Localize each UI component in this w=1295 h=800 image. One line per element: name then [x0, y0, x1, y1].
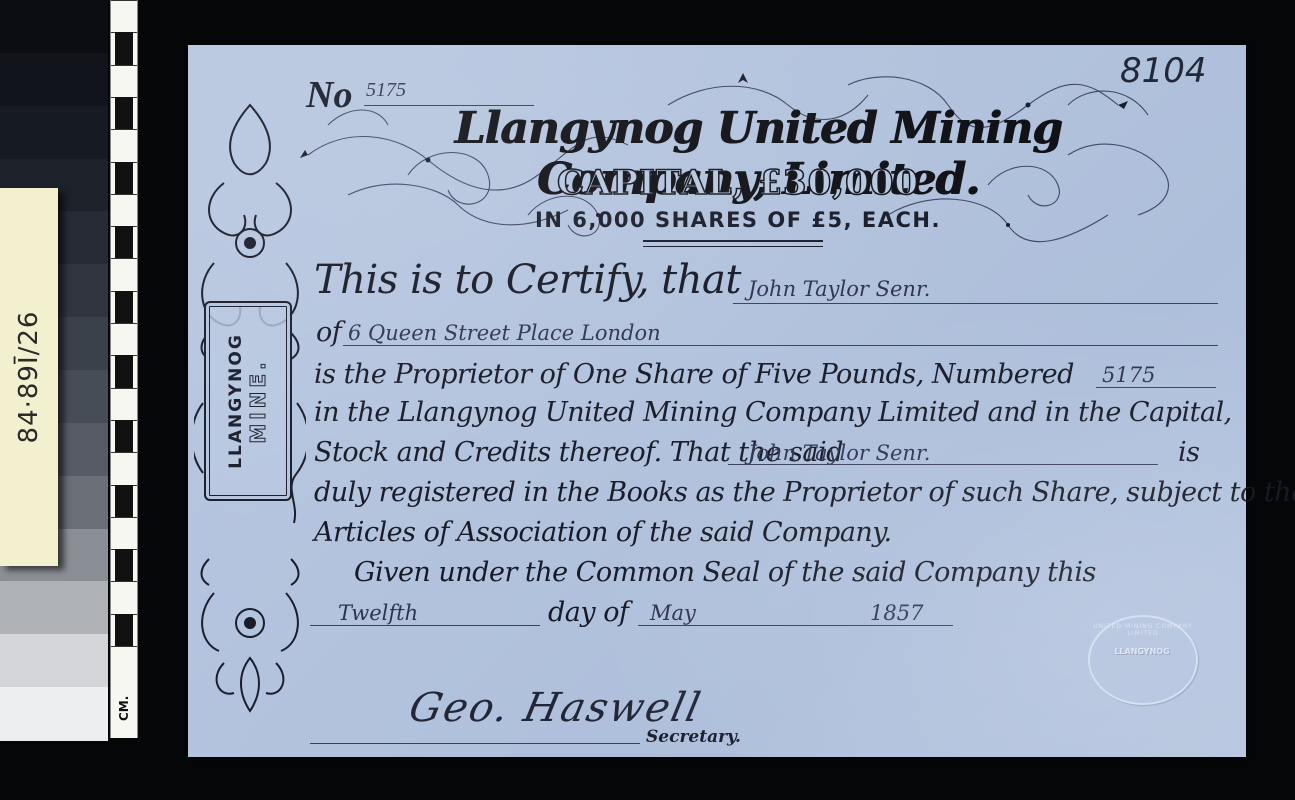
certificate-number: 5175: [366, 79, 406, 102]
body-line-4: in the Llangynog United Mining Company L…: [314, 397, 1232, 428]
scale-tick: [111, 129, 137, 130]
accession-number: 84·89Ī/26: [14, 311, 44, 444]
scale-tick: [111, 517, 137, 518]
day-field: Twelfth: [338, 601, 418, 625]
greyscale-step: [0, 0, 108, 54]
greyscale-step: [0, 106, 108, 160]
holder-address-field: 6 Queen Street Place London: [348, 321, 661, 345]
scale-unit-label: CM.: [109, 699, 139, 721]
scale-segment: [115, 355, 133, 387]
holder-name-repeat-field: John Taylor Senr.: [748, 441, 930, 465]
body-line-1: This is to Certify, that: [314, 257, 741, 303]
scale-segment: [115, 420, 133, 452]
greyscale-step: [0, 687, 108, 741]
capital-heading: CAPITAL, £30,000: [518, 163, 958, 203]
cartouche-line-mine: MINE.: [246, 333, 270, 469]
day-of-label: day of: [548, 597, 628, 628]
share-certificate: No 5175 8104 Llangynog United Mining Com…: [188, 45, 1246, 757]
greyscale-step: [0, 581, 108, 635]
scale-tick: [111, 65, 137, 66]
scale-tick: [111, 388, 137, 389]
embossed-company-seal: UNITED MINING COMPANY LIMITED LLANGYNOG: [1088, 615, 1198, 705]
heading-double-rule: [643, 240, 823, 247]
scale-segment: [115, 226, 133, 258]
day-rule: [310, 625, 540, 626]
scale-tick: [111, 581, 137, 582]
scale-segment: [115, 549, 133, 581]
share-number-rule: [1096, 387, 1216, 388]
scale-tick: [111, 194, 137, 195]
seal-ring-text: UNITED MINING COMPANY LIMITED: [1090, 623, 1196, 637]
month-field: May: [650, 601, 696, 625]
body-line-3: is the Proprietor of One Share of Five P…: [314, 359, 1074, 390]
scale-segment: [115, 97, 133, 129]
scale-segment: [115, 291, 133, 323]
body-line-2-prefix: of: [316, 317, 341, 348]
scale-tick: [111, 0, 137, 1]
seal-center-text: LLANGYNOG: [1112, 647, 1172, 656]
accession-label-card: 84·89Ī/26: [0, 188, 58, 566]
shares-heading: IN 6,000 SHARES OF £5, EACH.: [488, 208, 988, 232]
greyscale-step: [0, 53, 108, 107]
scale-segment: [115, 614, 133, 646]
holder-name-field: John Taylor Senr.: [748, 277, 930, 301]
body-line-5-suffix: is: [1178, 437, 1200, 468]
archive-reference-number: 8104: [1120, 51, 1207, 91]
holder-name-repeat-rule: [728, 464, 1158, 465]
month-rule: [638, 625, 953, 626]
signature-rule: [310, 743, 640, 744]
llangynog-mine-cartouche: LLANGYNOG MINE.: [204, 301, 292, 501]
scale-segment: [115, 32, 133, 64]
scale-segment: [115, 485, 133, 517]
year-field: 1857: [870, 601, 923, 625]
cartouche-line-llangynog: LLANGYNOG: [226, 333, 246, 469]
scale-tick: [111, 452, 137, 453]
certify-phrase: This is to Certify, that: [314, 257, 741, 303]
body-line-6: duly registered in the Books as the Prop…: [314, 477, 1295, 508]
scale-tick: [111, 646, 137, 647]
body-line-7: Articles of Association of the said Comp…: [314, 517, 892, 548]
centimetre-scale-bar: CM.: [110, 0, 138, 738]
secretary-label: Secretary.: [646, 727, 741, 747]
share-number-field: 5175: [1102, 363, 1155, 387]
secretary-signature: Geo. Haswell: [405, 685, 706, 731]
holder-name-rule: [733, 303, 1218, 304]
cartouche-text: LLANGYNOG MINE.: [226, 333, 270, 469]
greyscale-step: [0, 634, 108, 688]
scale-segment: [115, 162, 133, 194]
body-line-8: Given under the Common Seal of the said …: [354, 557, 1096, 588]
holder-address-rule: [343, 345, 1218, 346]
scale-tick: [111, 258, 137, 259]
scale-tick: [111, 323, 137, 324]
